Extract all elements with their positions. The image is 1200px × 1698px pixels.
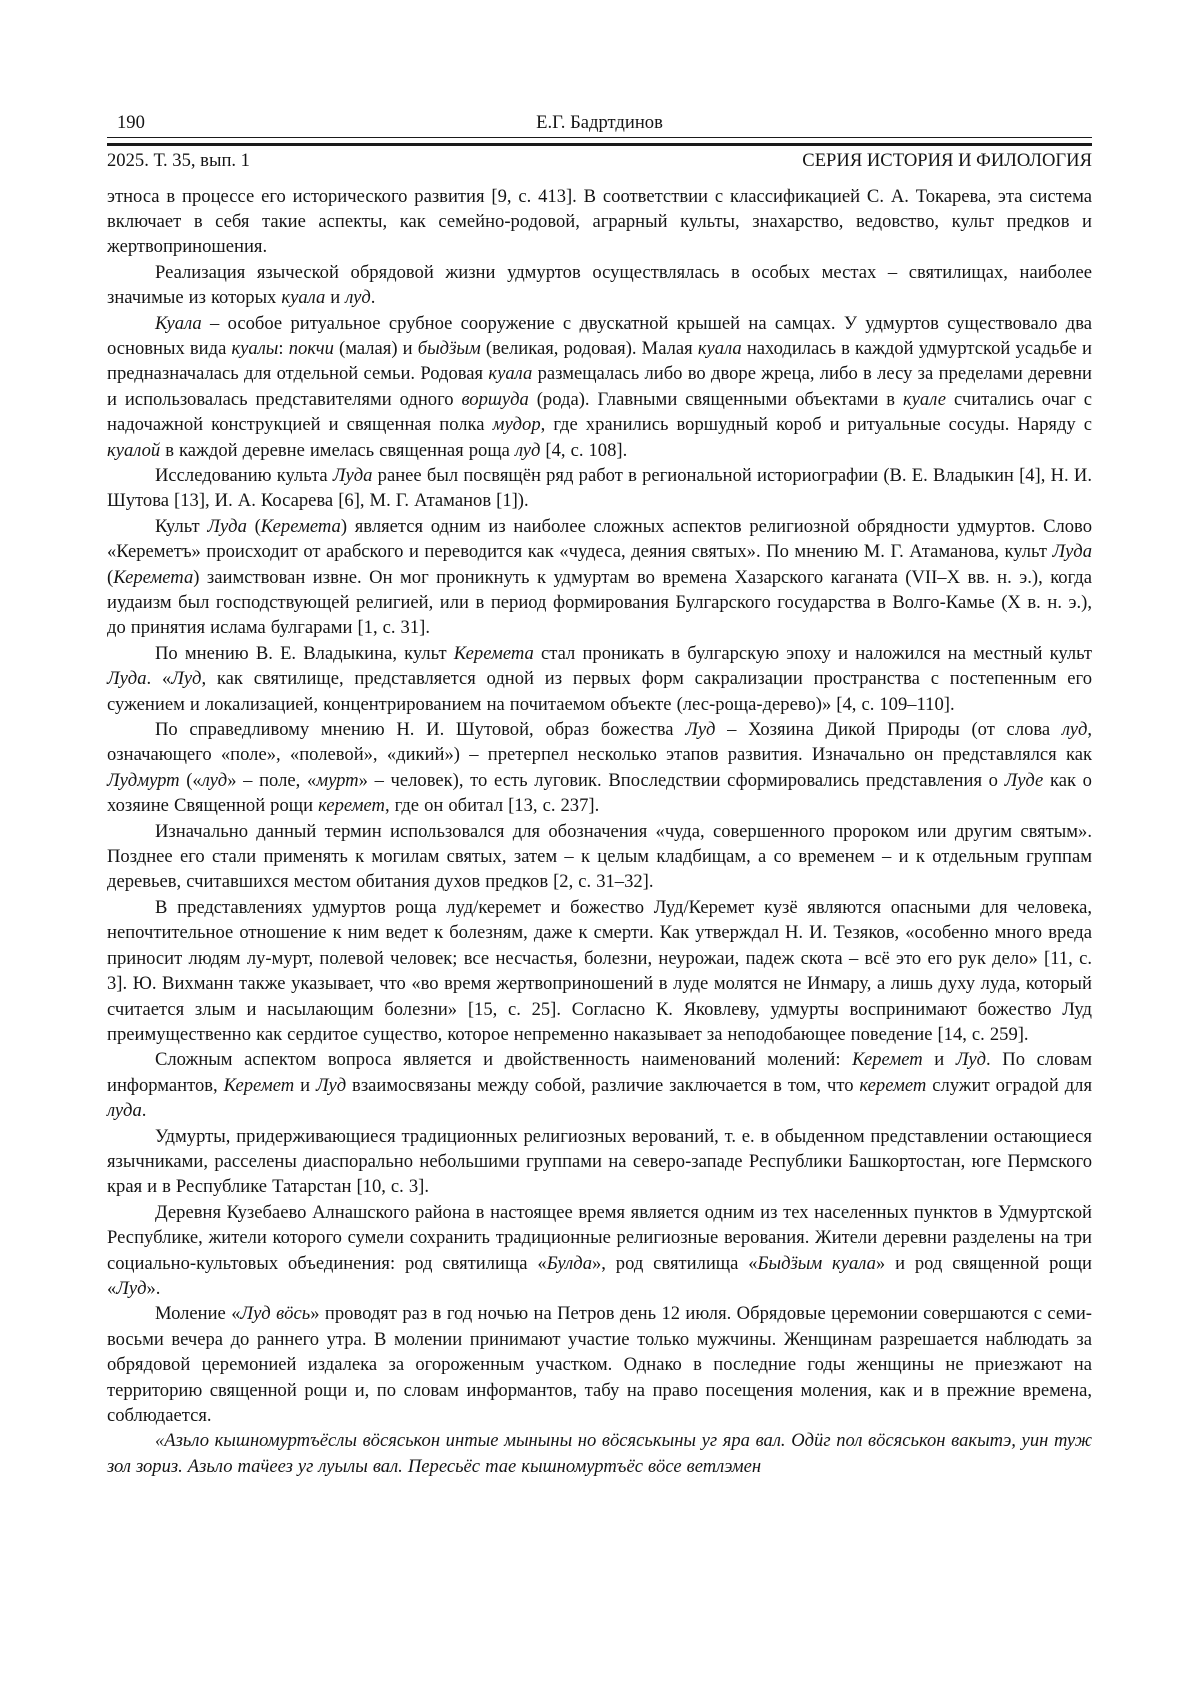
text-run: ». bbox=[147, 1278, 161, 1299]
text-run: . bbox=[142, 1100, 147, 1121]
text-run: луд bbox=[345, 287, 370, 308]
text-run: луда bbox=[107, 1100, 142, 1121]
text-run: Луд bbox=[316, 1075, 346, 1096]
text-run: , где хранились воршудный короб и ритуал… bbox=[541, 414, 1092, 435]
text-run: Луд bbox=[116, 1278, 146, 1299]
text-run: Булда bbox=[547, 1253, 592, 1274]
text-run: Луда bbox=[1053, 541, 1093, 562]
text-run: . bbox=[371, 287, 376, 308]
text-run: и bbox=[294, 1075, 316, 1096]
text-run: : bbox=[278, 338, 288, 359]
text-run: луд bbox=[515, 440, 540, 461]
text-run: куалы bbox=[231, 338, 278, 359]
text-run: Изначально данный термин использовался д… bbox=[107, 821, 1092, 893]
text-run: и bbox=[923, 1049, 956, 1070]
text-run: Луде bbox=[1005, 770, 1044, 791]
text-run: куала bbox=[488, 363, 532, 384]
text-run: Луда bbox=[333, 465, 373, 486]
text-run: , где он обитал [13, с. 237]. bbox=[385, 795, 599, 816]
text-run: (малая) и bbox=[334, 338, 418, 359]
text-run: По мнению В. Е. Владыкина, культ bbox=[155, 643, 454, 664]
paragraph: Куала – особое ритуальное срубное сооруж… bbox=[107, 311, 1092, 463]
text-run: стал проникать в булгарскую эпоху и нало… bbox=[534, 643, 1092, 664]
paragraph: Изначально данный термин использовался д… bbox=[107, 819, 1092, 895]
text-run: . « bbox=[147, 668, 172, 689]
text-run: Удмурты, придерживающиеся традиционных р… bbox=[107, 1126, 1092, 1198]
text-run: Керемета bbox=[261, 516, 341, 537]
text-run: Луд вӧсь bbox=[241, 1303, 311, 1324]
text-run: воршуда bbox=[461, 389, 528, 410]
paragraph: Исследованию культа Луда ранее был посвя… bbox=[107, 463, 1092, 514]
header-row-author: 190 Е.Г. Бадртдинов bbox=[107, 112, 1092, 138]
text-run: керемет bbox=[318, 795, 385, 816]
text-run: Культ bbox=[155, 516, 207, 537]
text-run: куале bbox=[903, 389, 946, 410]
text-run: служит оградой для bbox=[926, 1075, 1092, 1096]
text-run: Сложным аспектом вопроса является и двой… bbox=[155, 1049, 852, 1070]
text-run: Керемета bbox=[113, 567, 193, 588]
text-run: Керемета bbox=[454, 643, 534, 664]
text-run: », род святилища « bbox=[592, 1253, 758, 1274]
text-run: (рода). Главными священными объектами в bbox=[529, 389, 903, 410]
text-run: Керемет bbox=[224, 1075, 295, 1096]
paragraph: Сложным аспектом вопроса является и двой… bbox=[107, 1047, 1092, 1123]
running-author: Е.Г. Бадртдинов bbox=[107, 112, 1092, 134]
text-run: и bbox=[325, 287, 345, 308]
text-run: Быдӟым куала bbox=[758, 1253, 876, 1274]
text-run: мудор bbox=[493, 414, 541, 435]
text-run: луд bbox=[202, 770, 227, 791]
running-header: 190 Е.Г. Бадртдинов 2025. Т. 35, вып. 1 … bbox=[107, 112, 1092, 172]
text-run: в каждой деревне имелась священная роща bbox=[160, 440, 515, 461]
text-run: Куала bbox=[155, 313, 202, 334]
text-run: Реализация языческой обрядовой жизни удм… bbox=[107, 262, 1092, 308]
text-run: (« bbox=[180, 770, 202, 791]
series-title: СЕРИЯ ИСТОРИЯ И ФИЛОЛОГИЯ bbox=[802, 150, 1092, 172]
paragraph: Культ Луда (Керемета) является одним из … bbox=[107, 514, 1092, 641]
text-run: ) заимствован извне. Он мог проникнуть к… bbox=[107, 567, 1092, 639]
text-run: керемет bbox=[859, 1075, 926, 1096]
paragraph: этноса в процессе его исторического разв… bbox=[107, 184, 1092, 260]
header-rule bbox=[107, 143, 1092, 146]
paragraph: Моление «Луд вӧсь» проводят раз в год но… bbox=[107, 1301, 1092, 1428]
volume-info: 2025. Т. 35, вып. 1 bbox=[107, 150, 250, 172]
paragraph: Удмурты, придерживающиеся традиционных р… bbox=[107, 1124, 1092, 1200]
text-run: Керемет bbox=[852, 1049, 923, 1070]
text-run: [4, с. 108]. bbox=[540, 440, 627, 461]
page-number: 190 bbox=[117, 112, 145, 134]
text-run: луд bbox=[1062, 719, 1087, 740]
paragraph: По справедливому мнению Н. И. Шутовой, о… bbox=[107, 717, 1092, 819]
paragraph: Деревня Кузебаево Алнашского района в на… bbox=[107, 1200, 1092, 1302]
header-row-issue: 2025. Т. 35, вып. 1 СЕРИЯ ИСТОРИЯ И ФИЛО… bbox=[107, 150, 1092, 172]
paragraph: В представлениях удмуртов роща луд/керем… bbox=[107, 895, 1092, 1047]
text-run: мурт bbox=[316, 770, 358, 791]
text-run: этноса в процессе его исторического разв… bbox=[107, 186, 1092, 258]
text-run: взаимосвязаны между собой, различие закл… bbox=[346, 1075, 859, 1096]
text-run: Луда bbox=[107, 668, 147, 689]
paragraph: По мнению В. Е. Владыкина, культ Керемет… bbox=[107, 641, 1092, 717]
text-run: Луд bbox=[685, 719, 715, 740]
text-run: быдӟым bbox=[418, 338, 481, 359]
text-run: » – поле, « bbox=[227, 770, 316, 791]
journal-page: 190 Е.Г. Бадртдинов 2025. Т. 35, вып. 1 … bbox=[0, 0, 1200, 1698]
text-run: куала bbox=[281, 287, 325, 308]
article-body: этноса в процессе его исторического разв… bbox=[107, 184, 1092, 1480]
text-run: Исследованию культа bbox=[155, 465, 333, 486]
text-run: По справедливому мнению Н. И. Шутовой, о… bbox=[155, 719, 685, 740]
text-run: Лудмурт bbox=[107, 770, 180, 791]
text-run: покчи bbox=[289, 338, 334, 359]
text-run: (великая, родовая). Малая bbox=[481, 338, 698, 359]
text-run: Луд bbox=[956, 1049, 986, 1070]
text-run: куалой bbox=[107, 440, 160, 461]
text-run: – Хозяина Дикой Природы (от слова bbox=[715, 719, 1061, 740]
text-run: В представлениях удмуртов роща луд/керем… bbox=[107, 897, 1092, 1045]
paragraph: Реализация языческой обрядовой жизни удм… bbox=[107, 260, 1092, 311]
text-run: куала bbox=[698, 338, 742, 359]
paragraph: «Азьло кышномуртъёслы вӧсяськон интые мы… bbox=[107, 1428, 1092, 1479]
text-run: Моление « bbox=[155, 1303, 241, 1324]
text-run: «Азьло кышномуртъёслы вӧсяськон интые мы… bbox=[107, 1430, 1092, 1476]
text-run: Луда bbox=[207, 516, 247, 537]
text-run: Луд bbox=[171, 668, 201, 689]
text-run: » – человек), то есть луговик. Впоследст… bbox=[359, 770, 1005, 791]
text-run: ( bbox=[247, 516, 261, 537]
text-run: , как святилище, представляется одной из… bbox=[107, 668, 1092, 714]
